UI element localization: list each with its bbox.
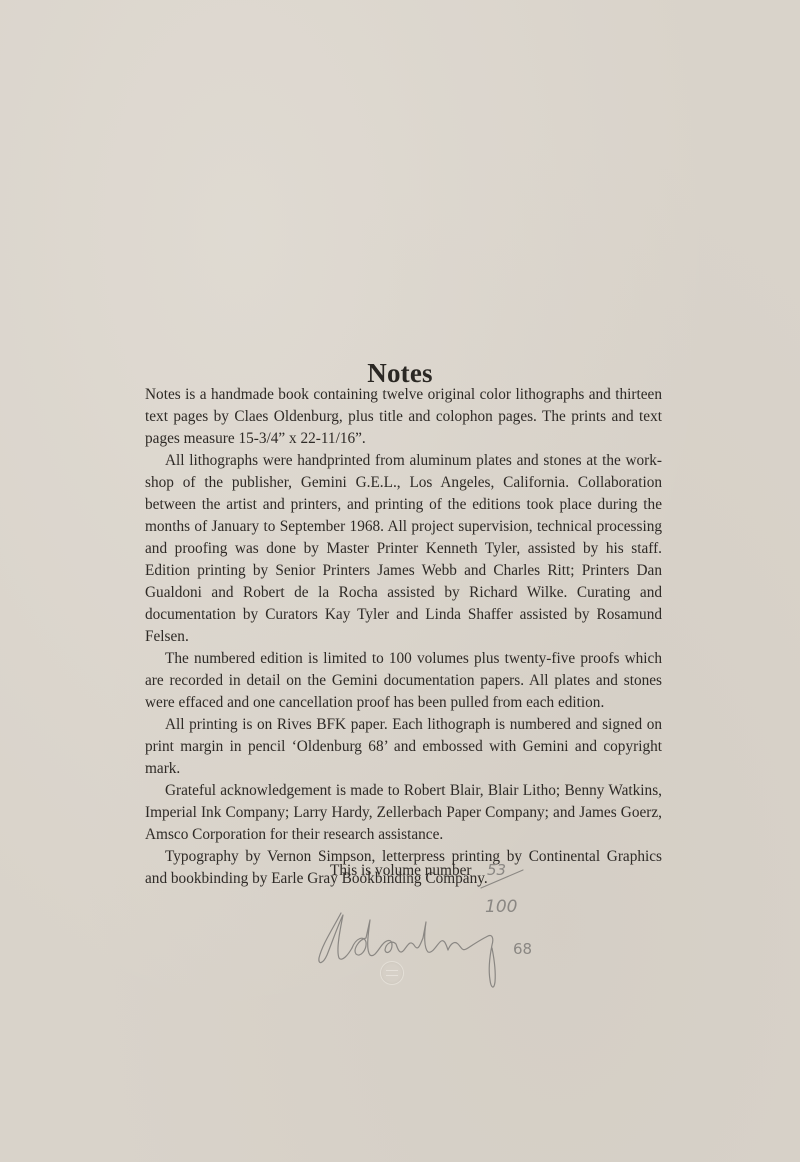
paragraph-intro: Notes is a handmade book containing twel…	[145, 384, 662, 450]
emboss-chop-mark	[381, 962, 403, 984]
paragraph-printing: All lithographs were handprinted from al…	[145, 450, 662, 648]
paragraph-acknowledgement: Grateful acknowledgement is made to Robe…	[145, 780, 662, 846]
paragraph-edition: The numbered edition is limited to 100 v…	[145, 648, 662, 714]
paragraph-paper: All printing is on Rives BFK paper. Each…	[145, 714, 662, 780]
volume-number-label: This is volume number	[330, 862, 471, 880]
colophon-body: Notes is a handmade book containing twel…	[145, 384, 662, 890]
